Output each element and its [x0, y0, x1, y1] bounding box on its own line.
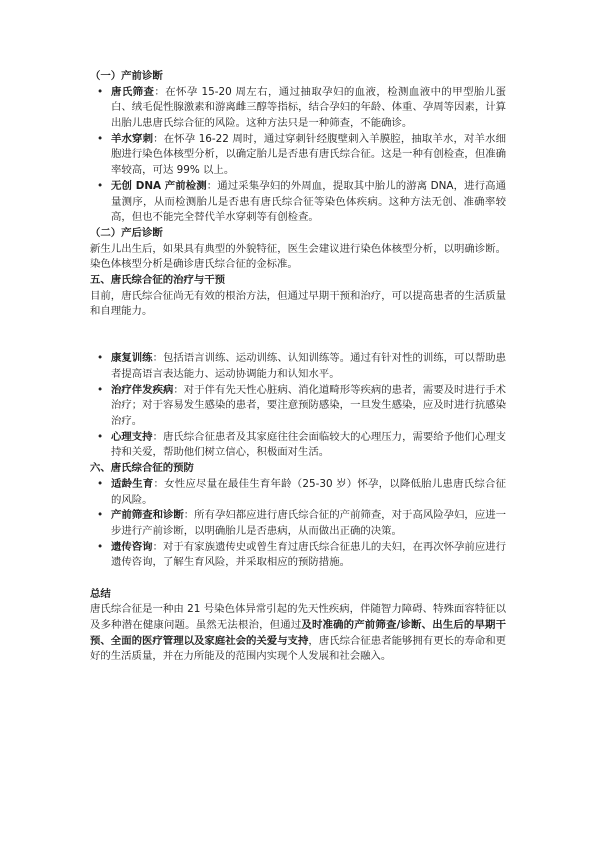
blank-lines: [90, 320, 506, 351]
list-body: ：唐氏综合征患者及其家庭往往会面临较大的心理压力，需要给予他们心理支持和关爱，帮…: [111, 431, 506, 459]
list-term: 康复训练: [111, 352, 153, 364]
treatment-methods-list: •康复训练：包括语言训练、运动训练、认知训练等。通过有针对性的训练，可以帮助患者…: [90, 351, 506, 461]
list-body: ：在怀孕 15-20 周左右，通过抽取孕妇的血液，检测血液中的甲型胎儿蛋白、绒毛…: [111, 86, 506, 129]
heading-summary: 总结: [90, 587, 506, 603]
postnatal-paragraph: 新生儿出生后，如果具有典型的外貌特征，医生会建议进行染色体核型分析，以明确诊断。…: [90, 242, 506, 273]
bullet-icon: •: [97, 132, 103, 148]
bullet-icon: •: [97, 351, 103, 367]
list-term: 无创 DNA 产前检测: [111, 180, 207, 192]
list-item-prenatal-screening: •产前筛查和诊断：所有孕妇都应进行唐氏综合征的产前筛查，对于高风险孕妇，应进一步…: [90, 508, 506, 539]
prenatal-methods-list: •唐氏筛查：在怀孕 15-20 周左右，通过抽取孕妇的血液，检测血液中的甲型胎儿…: [90, 85, 506, 226]
bullet-icon: •: [97, 508, 103, 524]
list-body: ：在怀孕 16-22 周时，通过穿刺针经腹壁刺入羊膜腔，抽取羊水，对羊水细胞进行…: [111, 133, 506, 176]
list-item-amniocentesis: •羊水穿刺：在怀孕 16-22 周时，通过穿刺针经腹壁刺入羊膜腔，抽取羊水，对羊…: [90, 132, 506, 179]
list-term: 治疗伴发疾病: [111, 384, 173, 396]
list-body: ：对于有家族遗传史或曾生育过唐氏综合征患儿的夫妇，在再次怀孕前应进行遗传咨询，了…: [111, 541, 506, 569]
blank-line: [90, 571, 506, 587]
bullet-icon: •: [97, 430, 103, 446]
list-term: 适龄生育: [111, 478, 154, 490]
list-body: ：包括语言训练、运动训练、认知训练等。通过有针对性的训练，可以帮助患者提高语言表…: [111, 352, 506, 380]
list-item-down-screening: •唐氏筛查：在怀孕 15-20 周左右，通过抽取孕妇的血液，检测血液中的甲型胎儿…: [90, 85, 506, 132]
list-term: 羊水穿刺: [111, 133, 153, 145]
list-term: 心理支持: [111, 431, 153, 443]
bullet-icon: •: [97, 477, 103, 493]
list-term: 唐氏筛查: [111, 86, 154, 98]
heading-treatment: 五、唐氏综合征的治疗与干预: [90, 273, 506, 289]
list-item-rehab-training: •康复训练：包括语言训练、运动训练、认知训练等。通过有针对性的训练，可以帮助患者…: [90, 351, 506, 382]
heading-postnatal-diagnosis: （二）产后诊断: [90, 226, 506, 242]
list-item-nipt: •无创 DNA 产前检测：通过采集孕妇的外周血，提取其中胎儿的游离 DNA，进行…: [90, 179, 506, 226]
document-page: （一）产前诊断 •唐氏筛查：在怀孕 15-20 周左右，通过抽取孕妇的血液，检测…: [0, 0, 595, 841]
heading-prevention: 六、唐氏综合征的预防: [90, 461, 506, 477]
list-term: 遗传咨询: [111, 541, 153, 553]
bullet-icon: •: [97, 383, 103, 399]
bullet-icon: •: [97, 179, 103, 195]
list-term: 产前筛查和诊断: [111, 509, 184, 521]
heading-prenatal-diagnosis: （一）产前诊断: [90, 69, 506, 85]
list-item-comorbidity-treatment: •治疗伴发疾病：对于伴有先天性心脏病、消化道畸形等疾病的患者，需要及时进行手术治…: [90, 383, 506, 430]
list-item-optimal-childbearing-age: •适龄生育：女性应尽量在最佳生育年龄（25-30 岁）怀孕，以降低胎儿患唐氏综合…: [90, 477, 506, 508]
list-body: ：女性应尽量在最佳生育年龄（25-30 岁）怀孕，以降低胎儿患唐氏综合征的风险。: [111, 478, 506, 506]
list-item-psychological-support: •心理支持：唐氏综合征患者及其家庭往往会面临较大的心理压力，需要给予他们心理支持…: [90, 430, 506, 461]
prevention-methods-list: •适龄生育：女性应尽量在最佳生育年龄（25-30 岁）怀孕，以降低胎儿患唐氏综合…: [90, 477, 506, 571]
summary-paragraph: 唐氏综合征是一种由 21 号染色体异常引起的先天性疾病，伴随智力障碍、特殊面容特…: [90, 602, 506, 665]
bullet-icon: •: [97, 540, 103, 556]
treatment-intro-paragraph: 目前，唐氏综合征尚无有效的根治方法，但通过早期干预和治疗，可以提高患者的生活质量…: [90, 289, 506, 320]
bullet-icon: •: [97, 85, 103, 101]
list-item-genetic-counseling: •遗传咨询：对于有家族遗传史或曾生育过唐氏综合征患儿的夫妇，在再次怀孕前应进行遗…: [90, 540, 506, 571]
